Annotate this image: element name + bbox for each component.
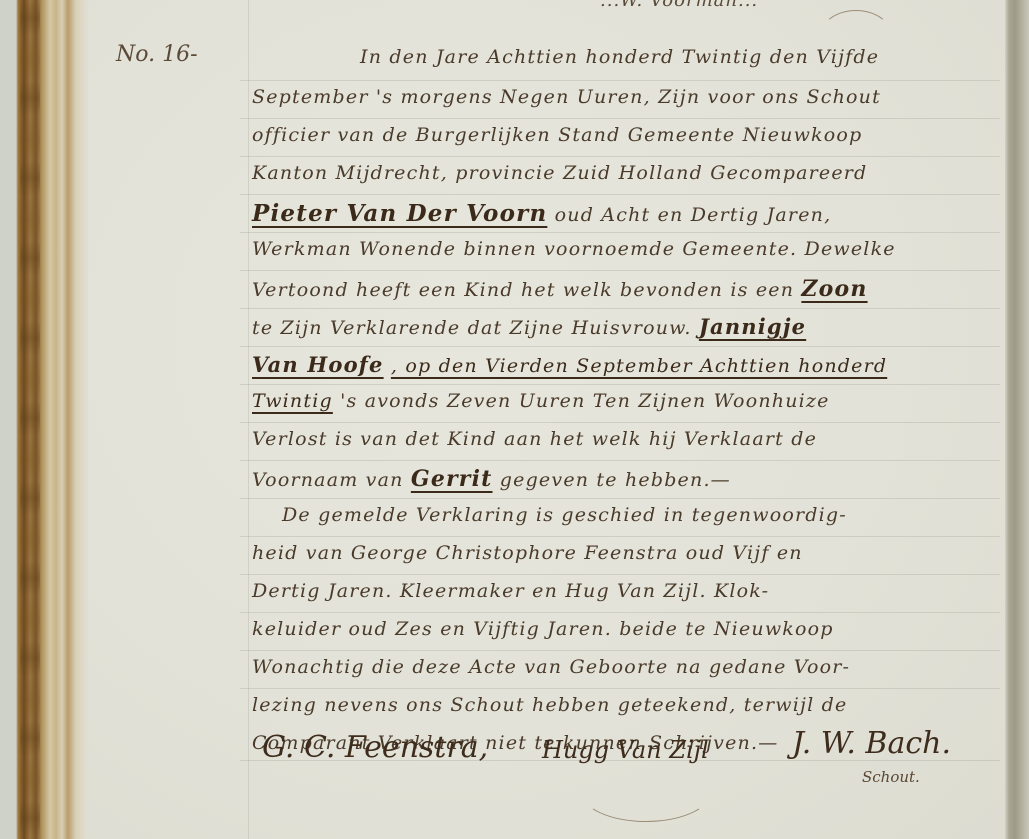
ruled-line bbox=[240, 308, 1000, 309]
ruled-line bbox=[240, 194, 1000, 195]
birth-year-word: Twintig bbox=[252, 390, 333, 412]
text-line-12: Voornaam van Gerrit gegeven te hebben.— bbox=[252, 466, 992, 492]
text-line-6: Werkman Wonende binnen voornoemde Gemeen… bbox=[252, 238, 992, 260]
signature-official: J. W. Bach. bbox=[792, 726, 951, 761]
ruled-line bbox=[240, 232, 1000, 233]
text-segment: gegeven te hebben.— bbox=[500, 469, 731, 491]
text-segment: te Zijn Verklarende dat Zijne Huisvrouw. bbox=[252, 317, 699, 339]
ruled-line bbox=[240, 650, 1000, 651]
text-line-5: Pieter Van Der Voorn oud Acht en Dertig … bbox=[252, 200, 992, 227]
ruled-line bbox=[240, 384, 1000, 385]
mother-first-name: Jannigje bbox=[699, 314, 806, 339]
ruled-line bbox=[240, 346, 1000, 347]
book-spine bbox=[0, 0, 90, 839]
book-spine-wear bbox=[20, 0, 40, 839]
ruled-line bbox=[240, 460, 1000, 461]
birth-date-text: , op den Vierden September Achttien hond… bbox=[391, 355, 887, 377]
text-line-16: keluider oud Zes en Vijftig Jaren. beide… bbox=[252, 618, 992, 640]
text-line-15: Dertig Jaren. Kleermaker en Hug Van Zijl… bbox=[252, 580, 992, 602]
mother-last-name: Van Hoofe bbox=[252, 352, 384, 377]
father-age-text: oud Acht en Dertig Jaren, bbox=[555, 204, 832, 226]
ruled-line bbox=[240, 270, 1000, 271]
entry-number: No. 16- bbox=[116, 42, 198, 67]
right-page-edge bbox=[1005, 0, 1029, 839]
child-sex: Zoon bbox=[801, 276, 867, 302]
text-line-13: De gemelde Verklaring is geschied in teg… bbox=[282, 504, 1022, 526]
document-page: ...W. Voorman... No. 16- In den Jare Ach… bbox=[0, 0, 1029, 839]
page-header-fragment: ...W. Voorman... bbox=[600, 0, 758, 11]
ruled-line bbox=[240, 80, 1000, 81]
child-name: Gerrit bbox=[411, 466, 493, 492]
text-line-11: Verlost is van det Kind aan het welk hij… bbox=[252, 428, 992, 450]
text-line-4: Kanton Mijdrecht, provincie Zuid Holland… bbox=[252, 162, 992, 184]
ruled-line bbox=[240, 688, 1000, 689]
text-line-9: Van Hoofe , op den Vierden September Ach… bbox=[252, 352, 992, 377]
official-title: Schout. bbox=[862, 768, 920, 786]
text-segment: 's avonds Zeven Uuren Ten Zijnen Woonhui… bbox=[340, 390, 829, 412]
text-line-18: lezing nevens ons Schout hebben geteeken… bbox=[252, 694, 992, 716]
text-line-3: officier van de Burgerlijken Stand Gemee… bbox=[252, 124, 992, 146]
text-segment: Voornaam van bbox=[252, 469, 411, 491]
ruled-line bbox=[240, 156, 1000, 157]
text-line-17: Wonachtig die deze Acte van Geboorte na … bbox=[252, 656, 992, 678]
ruled-line bbox=[240, 612, 1000, 613]
text-line-7: Vertoond heeft een Kind het welk bevonde… bbox=[252, 276, 992, 302]
signature-witness-2: Hugg Van Zijl bbox=[542, 736, 709, 764]
ruled-line bbox=[240, 422, 1000, 423]
pen-flourish bbox=[580, 760, 712, 822]
signature-witness-1: G. C. Feenstra, bbox=[262, 730, 488, 765]
ruled-line bbox=[240, 118, 1000, 119]
text-line-1: In den Jare Achttien honderd Twintig den… bbox=[360, 46, 1029, 68]
margin-line bbox=[248, 0, 249, 839]
ruled-line bbox=[240, 498, 1000, 499]
father-name: Pieter Van Der Voorn bbox=[252, 200, 547, 227]
text-line-8: te Zijn Verklarende dat Zijne Huisvrouw.… bbox=[252, 314, 992, 339]
text-line-10: Twintig 's avonds Zeven Uuren Ten Zijnen… bbox=[252, 390, 992, 412]
ruled-line bbox=[240, 574, 1000, 575]
text-segment: Vertoond heeft een Kind het welk bevonde… bbox=[252, 279, 801, 301]
text-line-14: heid van George Christophore Feenstra ou… bbox=[252, 542, 992, 564]
text-line-2: September 's morgens Negen Uuren, Zijn v… bbox=[252, 86, 992, 108]
ruled-line bbox=[240, 536, 1000, 537]
